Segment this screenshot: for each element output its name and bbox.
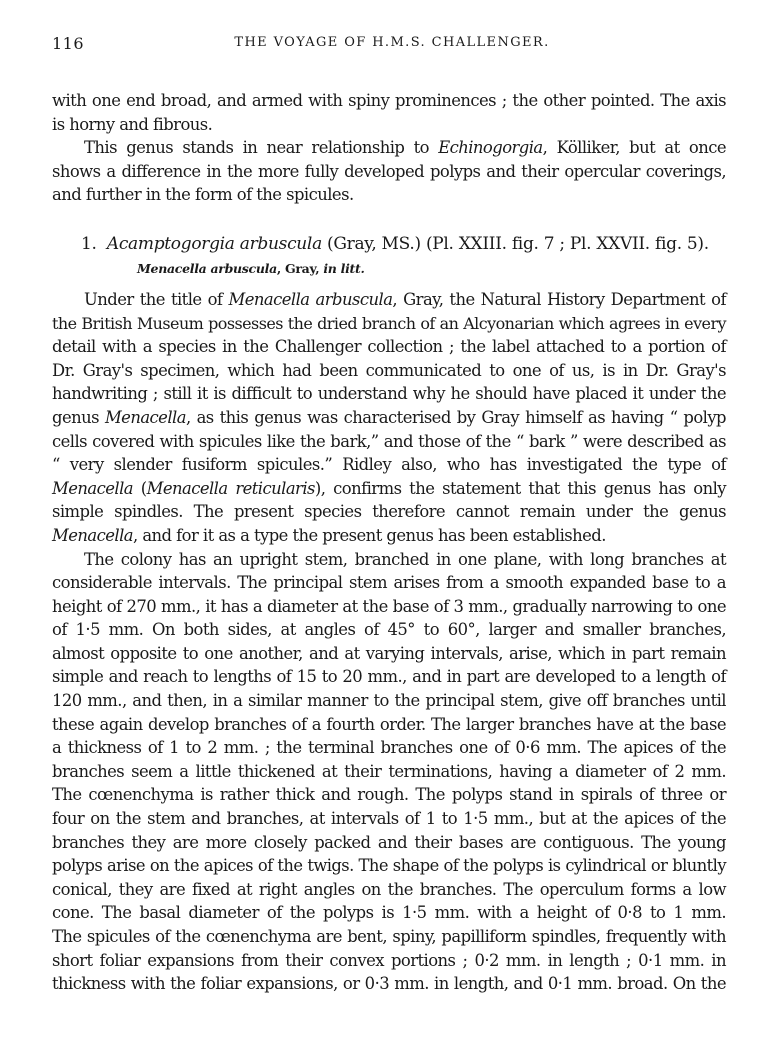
genus-name-echinogorgia: Echinogorgia [438, 138, 542, 157]
text-span: Under the title of [84, 290, 229, 309]
text-line: the British Museum possesses the dried b… [52, 312, 726, 336]
text-line: almost opposite to one another, and at v… [52, 642, 726, 666]
text-line: of 1·5 mm. On both sides, at angles of 4… [52, 618, 726, 642]
text-line: is horny and fibrous. [52, 113, 726, 137]
text-span: , and for it as a type the present genus… [133, 526, 606, 545]
species-authority: (Gray, MS.) (Pl. XXIII. fig. 7 ; Pl. XXV… [322, 234, 709, 254]
text-line: branches they are more closely packed an… [52, 831, 726, 855]
text-line: 120 mm., and then, in a similar manner t… [52, 689, 726, 713]
document-page: 116 THE VOYAGE OF H.M.S. CHALLENGER. wit… [0, 0, 776, 1050]
synonym-ref: in litt. [323, 261, 364, 276]
text-line: these again develop branches of a fourth… [52, 713, 726, 737]
text-line: and further in the form of the spicules. [52, 183, 726, 207]
synonym-author: , Gray, [277, 261, 323, 276]
running-title: THE VOYAGE OF H.M.S. CHALLENGER. [52, 35, 726, 50]
text-line: handwriting ; still it is difficult to u… [52, 382, 726, 406]
text-line: The cœnenchyma is rather thick and rough… [52, 783, 726, 807]
synonym-name: Menacella arbuscula [137, 261, 277, 276]
species-heading: 1. Acamptogorgia arbuscula (Gray, MS.) (… [52, 231, 726, 258]
text-span: This genus stands in near relationship t… [84, 138, 438, 157]
text-line: simple spindles. The present species the… [52, 500, 726, 524]
text-line: a thickness of 1 to 2 mm. ; the terminal… [52, 736, 726, 760]
taxon-name: Menacella [105, 408, 186, 427]
synonym-line: Menacella arbuscula, Gray, in litt. [52, 258, 726, 282]
species-name: Acamptogorgia arbuscula [107, 234, 322, 254]
text-line: polyps arise on the apices of the twigs.… [52, 854, 726, 878]
text-line: genus Menacella, as this genus was chara… [52, 406, 726, 430]
text-span: , Gray, the Natural History Department o… [392, 290, 726, 309]
text-line: considerable intervals. The principal st… [52, 571, 726, 595]
text-line: thickness with the foliar expansions, or… [52, 972, 726, 996]
text-line: This genus stands in near relationship t… [52, 136, 726, 160]
text-line: cells covered with spicules like the bar… [52, 430, 726, 454]
text-span: ), confirms the statement that this genu… [315, 479, 726, 498]
text-line: height of 270 mm., it has a diameter at … [52, 595, 726, 619]
text-line: branches seem a little thickened at thei… [52, 760, 726, 784]
text-line: simple and reach to lengths of 15 to 20 … [52, 665, 726, 689]
taxon-name: Menacella [52, 479, 133, 498]
taxon-name: Menacella reticularis [147, 479, 315, 498]
text-line: cone. The basal diameter of the polyps i… [52, 901, 726, 925]
text-line: four on the stem and branches, at interv… [52, 807, 726, 831]
text-line: Dr. Gray's specimen, which had been comm… [52, 359, 726, 383]
text-line: The colony has an upright stem, branched… [52, 548, 726, 572]
text-line: “ very slender fusiform spicules.” Ridle… [52, 453, 726, 477]
body-text: with one end broad, and armed with spiny… [52, 89, 726, 996]
text-line: Menacella (Menacella reticularis), confi… [52, 477, 726, 501]
text-line: conical, they are fixed at right angles … [52, 878, 726, 902]
species-number: 1. [81, 234, 97, 254]
text-line: Menacella, and for it as a type the pres… [52, 524, 726, 548]
text-line: Under the title of Menacella arbuscula, … [52, 288, 726, 312]
text-line: with one end broad, and armed with spiny… [52, 89, 726, 113]
text-line: The spicules of the cœnenchyma are bent,… [52, 925, 726, 949]
taxon-name: Menacella [52, 526, 133, 545]
text-line: short foliar expansions from their conve… [52, 949, 726, 973]
text-span: , as this genus was characterised by Gra… [186, 408, 726, 427]
text-span: ( [133, 479, 147, 498]
text-line: detail with a species in the Challenger … [52, 335, 726, 359]
text-span: genus [52, 408, 105, 427]
text-span: , Kölliker, but at once [543, 138, 726, 157]
running-header: 116 THE VOYAGE OF H.M.S. CHALLENGER. [52, 34, 726, 56]
text-line: shows a difference in the more fully dev… [52, 160, 726, 184]
taxon-name: Menacella arbuscula [229, 290, 393, 309]
